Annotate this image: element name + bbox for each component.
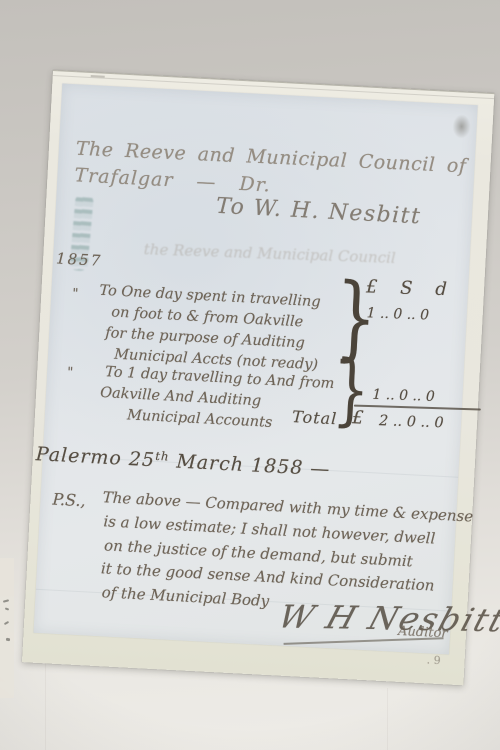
signature-title: Auditor — [398, 624, 448, 642]
corner-pencil-mark: . 9 — [426, 653, 441, 667]
bleed-through-ghost-text: the Reeve and Municipal Council — [143, 240, 396, 267]
item2-amount: 1 .. 0 .. 0 — [372, 387, 435, 405]
backdrop-crease-left — [45, 650, 46, 750]
total-currency-symbol: £ — [352, 407, 365, 429]
item2-line: Oakville And Auditing — [100, 385, 262, 409]
signature: W H Nesbitt — [274, 598, 500, 639]
dateline-post: March 1858 — — [169, 450, 331, 480]
paper-stain — [452, 114, 471, 139]
item2-line: Municipal Accounts — [127, 407, 273, 431]
backdrop-crease-right — [387, 688, 388, 750]
dateline-pre: Palermo 25 — [35, 443, 155, 471]
item2-ditto-mark: " — [67, 365, 74, 380]
document-sleeve: . 9 The Reeve and Municipal Council of T… — [22, 70, 494, 685]
document-paper: The Reeve and Municipal Council of Trafa… — [34, 84, 478, 655]
total-rule — [354, 405, 481, 411]
addressee-line-2: Trafalgar — Dr. — [74, 164, 271, 196]
year-label: 1857 — [56, 249, 103, 269]
item1-amount: 1 .. 0 .. 0 — [366, 305, 429, 323]
total-label: Total — [292, 407, 338, 428]
billed-to-line: To W. H. Nesbitt — [215, 194, 422, 230]
total-amount: 2 .. 0 .. 0 — [379, 413, 444, 431]
currency-column-header: £ S d — [366, 276, 447, 300]
ps-label: P.S., — [52, 490, 86, 511]
item1-ditto-mark: " — [72, 286, 79, 301]
place-date-line: Palermo 25th March 1858 — — [35, 443, 331, 481]
ps-line: of the Municipal Body — [101, 583, 269, 610]
margin-scribbles — [2, 598, 13, 650]
dateline-superscript: th — [155, 449, 170, 464]
